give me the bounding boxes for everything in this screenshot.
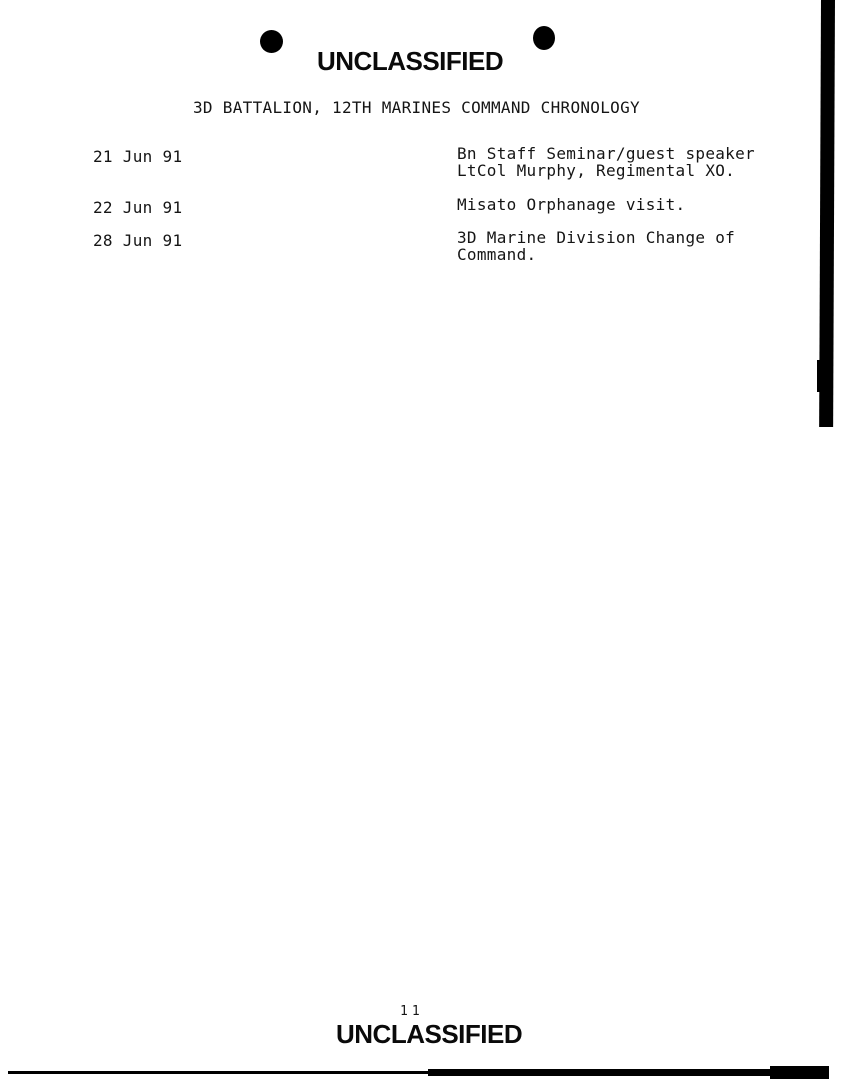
scan-artifact-bottom-line-medium: [428, 1069, 773, 1076]
entry-description: Misato Orphanage visit.: [457, 196, 777, 213]
classification-banner-top: UNCLASSIFIED: [317, 46, 503, 77]
punch-hole-mark-left: [260, 30, 283, 53]
punch-hole-mark-right: [533, 26, 555, 50]
entry-description: 3D Marine Division Change of Command.: [457, 229, 777, 263]
scanned-document-page: UNCLASSIFIED 3D BATTALION, 12TH MARINES …: [0, 0, 850, 1087]
document-title: 3D BATTALION, 12TH MARINES COMMAND CHRON…: [193, 98, 640, 117]
scan-artifact-right-bar-bump: [817, 360, 822, 392]
entry-date: 21 Jun 91: [93, 147, 182, 166]
scan-artifact-bottom-line-thick: [770, 1066, 829, 1079]
entry-date: 22 Jun 91: [93, 198, 182, 217]
entry-date: 28 Jun 91: [93, 231, 182, 250]
entry-description: Bn Staff Seminar/guest speaker LtCol Mur…: [457, 145, 777, 179]
scan-artifact-bottom-line-thin: [8, 1071, 432, 1074]
page-number: 11: [400, 1004, 424, 1019]
classification-banner-bottom: UNCLASSIFIED: [336, 1019, 522, 1050]
